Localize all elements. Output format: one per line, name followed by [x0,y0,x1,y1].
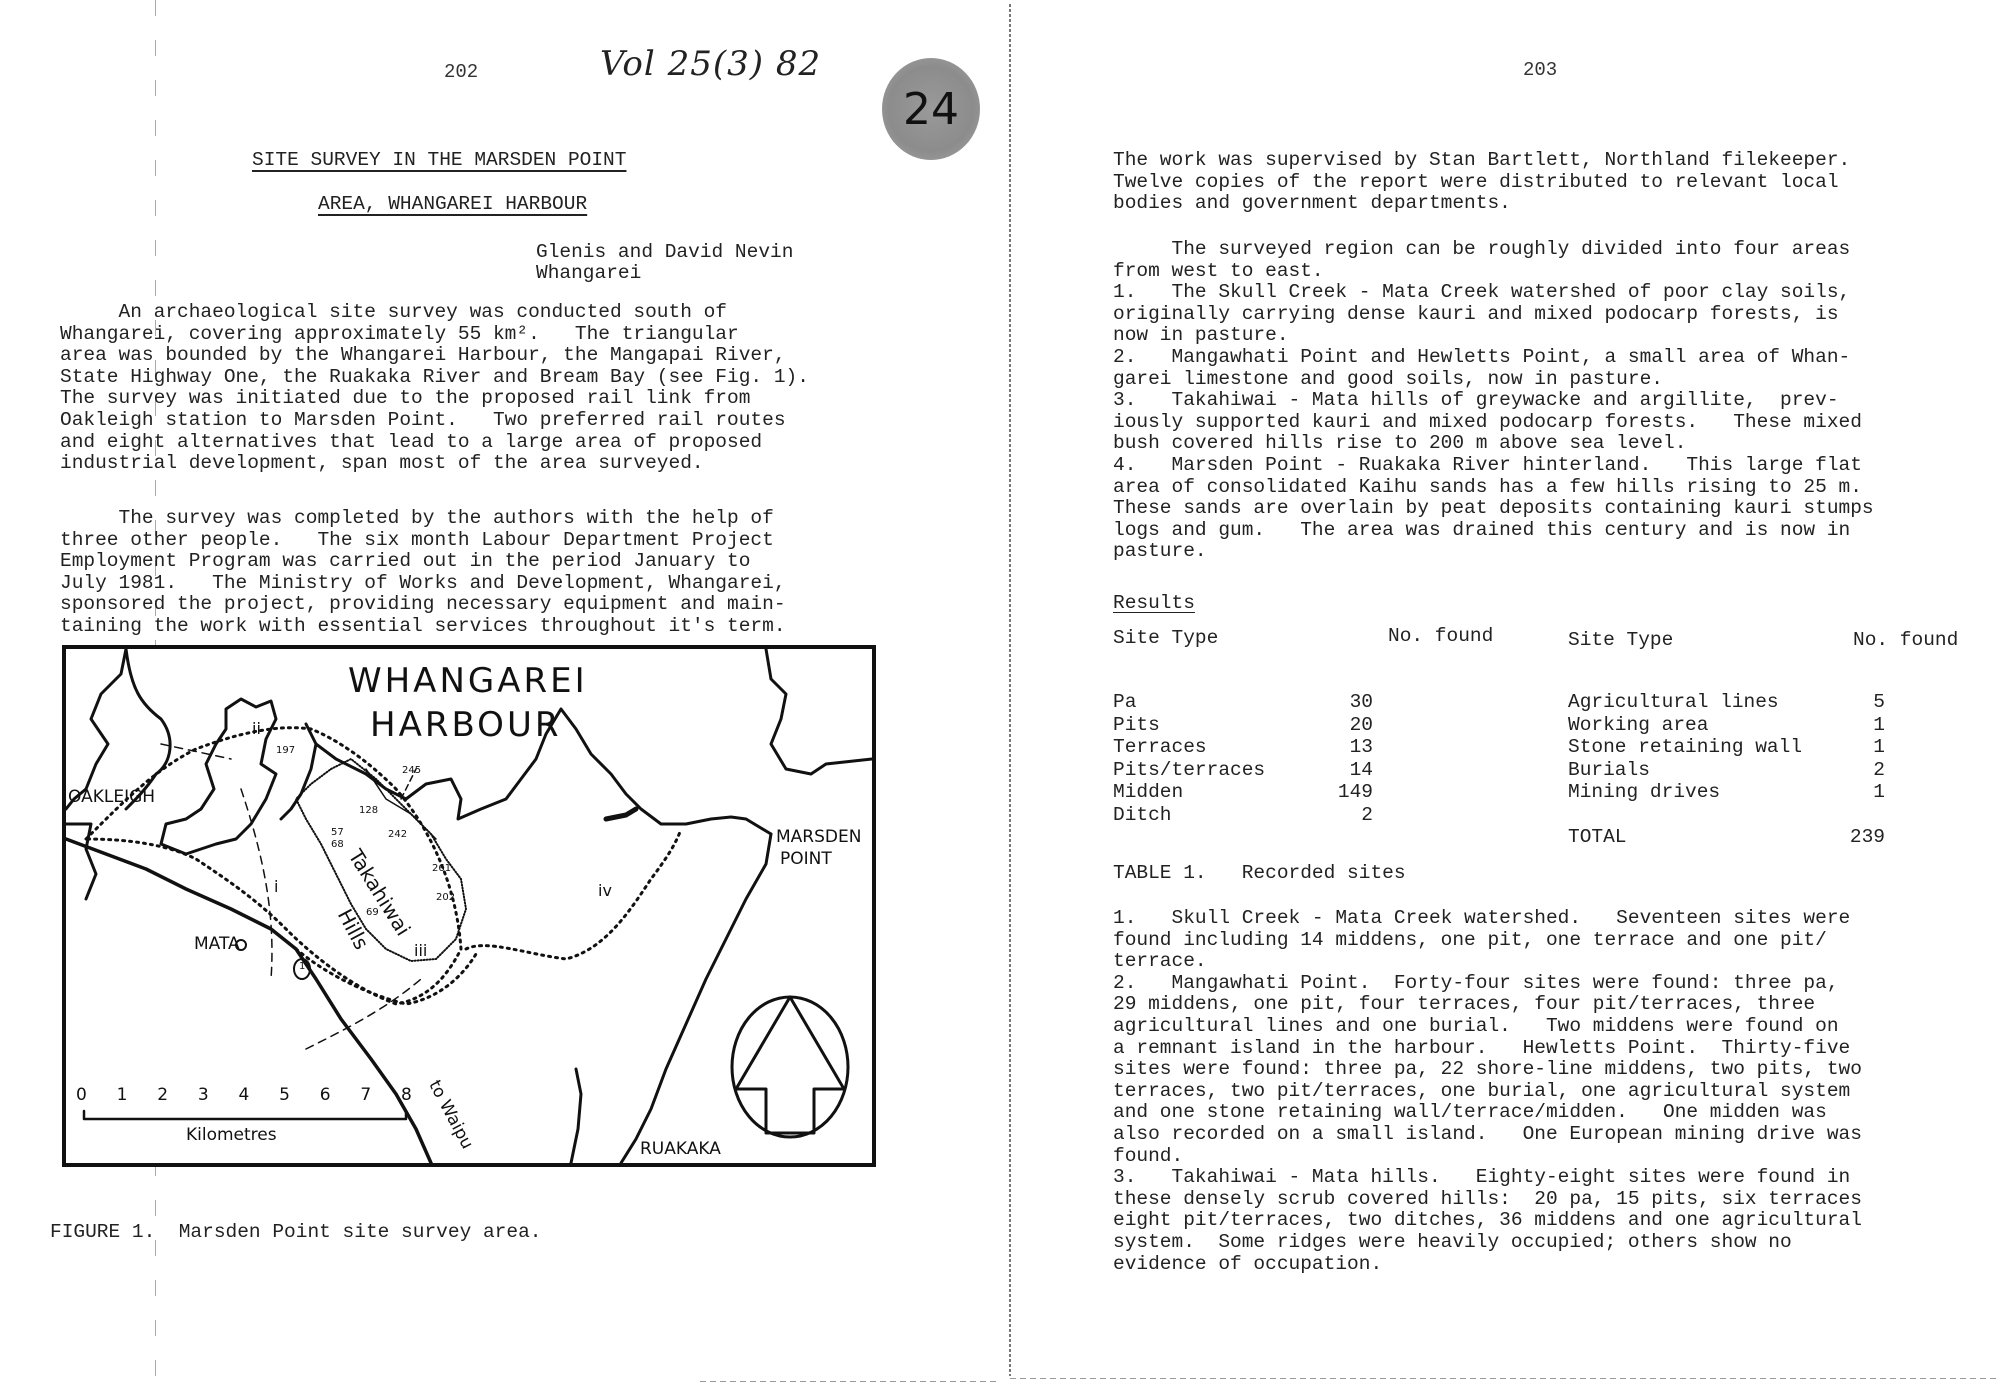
regions-line: 4. Marsden Point - Ruakaka River hinterl… [1113,455,1874,477]
article-title-line1: SITE SURVEY IN THE MARSDEN POINT [252,150,626,172]
spot-height-261: 261 [432,863,451,874]
regions-line: area of consolidated Kaihu sands has a f… [1113,477,1874,499]
regions-line: These sands are overlain by peat deposit… [1113,498,1874,520]
table-header-site-type-right: Site Type [1568,630,1673,652]
intro-line: Whangarei, covering approximately 55 km²… [60,324,809,346]
label-oakleigh: OAKLEIGH [68,787,155,807]
site-type-cell: Burials [1568,760,1650,782]
results-line: found including 14 middens, one pit, one… [1113,930,1862,952]
survey-line: Employment Program was carried out in th… [60,551,786,573]
count-cell: 1 [1825,715,1885,737]
site-type-cell: Mining drives [1568,782,1720,804]
site-type-cell: Pits/terraces [1113,760,1265,782]
site-type-cell: Pa [1113,692,1136,714]
scale-tick-label: 7 [360,1085,371,1105]
page-bottom-edge-left [700,1381,1000,1382]
count-cell: 149 [1313,782,1373,804]
author-location: Whangarei [536,263,641,285]
supervision-line: Twelve copies of the report were distrib… [1113,172,1850,194]
regions-line: now in pasture. [1113,325,1874,347]
recorded-sites-table: Site Type No. found Site Type No. found … [1113,628,1993,848]
handwritten-reference: Vol 25(3) 82 [600,44,821,84]
spot-height-68: 68 [331,839,344,850]
site-type-cell: Midden [1113,782,1183,804]
figure-caption: FIGURE 1. Marsden Point site survey area… [50,1222,541,1244]
table-header-site-type-left: Site Type [1113,628,1218,650]
results-line: terrace. [1113,951,1862,973]
intro-paragraph: An archaeological site survey was conduc… [60,302,809,475]
scale-bar-ticks: 012345678 [76,1085,421,1107]
count-cell: 2 [1825,760,1885,782]
count-cell: 20 [1313,715,1373,737]
intro-line: Oakleigh station to Marsden Point. Two p… [60,410,809,432]
results-line: and one stone retaining wall/terrace/mid… [1113,1102,1862,1124]
site-type-cell: Ditch [1113,805,1172,827]
table-total-value: 239 [1825,827,1885,849]
spot-height-197: 197 [276,745,295,756]
count-cell: 30 [1313,692,1373,714]
results-line: a remnant island in the harbour. Hewlett… [1113,1038,1862,1060]
spot-height-245: 245 [402,765,421,776]
intro-line: The survey was initiated due to the prop… [60,388,809,410]
page-bottom-edge-right [1010,1378,2000,1379]
scale-tick-label: 4 [239,1085,250,1105]
label-marsden: MARSDEN [776,827,861,847]
site-type-cell: Pits [1113,715,1160,737]
table-header-count-right: No. found [1853,630,1958,652]
page-gutter [1009,4,1011,1376]
scale-tick-label: 2 [157,1085,168,1105]
scale-tick-label: 1 [117,1085,128,1105]
site-type-cell: Working area [1568,715,1708,737]
regions-line: logs and gum. The area was drained this … [1113,520,1874,542]
results-line: evidence of occupation. [1113,1254,1862,1276]
survey-line: three other people. The six month Labour… [60,530,786,552]
survey-paragraph: The survey was completed by the authors … [60,508,786,638]
results-line: agricultural lines and one burial. Two m… [1113,1016,1862,1038]
count-cell: 5 [1825,692,1885,714]
results-line: these densely scrub covered hills: 20 pa… [1113,1189,1862,1211]
results-line: found. [1113,1146,1862,1168]
area-label-i: i [274,877,278,896]
scale-tick-label: 8 [401,1085,412,1105]
results-line: eight pit/terraces, two ditches, 36 midd… [1113,1210,1862,1232]
page-number-left: 202 [444,62,478,84]
regions-line: originally carrying dense kauri and mixe… [1113,304,1874,326]
spot-height-202: 202 [436,892,455,903]
survey-line: taining the work with essential services… [60,616,786,638]
intro-line: and eight alternatives that lead to a la… [60,432,809,454]
results-line: also recorded on a small island. One Eur… [1113,1124,1862,1146]
results-line: sites were found: three pa, 22 shore-lin… [1113,1059,1862,1081]
spot-height-57: 57 [331,827,344,838]
site-type-cell: Agricultural lines [1568,692,1779,714]
count-cell: 1 [1825,782,1885,804]
page-number-right: 203 [1523,60,1557,82]
area-label-iv: iv [598,881,612,900]
regions-line: pasture. [1113,541,1874,563]
regions-line: The surveyed region can be roughly divid… [1113,239,1874,261]
results-line: terraces, two pit/terraces, one burial, … [1113,1081,1862,1103]
survey-line: The survey was completed by the authors … [60,508,786,530]
count-cell: 1 [1825,737,1885,759]
label-mata: MATA [194,934,240,954]
results-heading: Results [1113,593,1195,615]
results-line: 2. Mangawhati Point. Forty-four sites we… [1113,973,1862,995]
area-label-iii: iii [414,941,427,960]
count-cell: 13 [1313,737,1373,759]
table-total-label: TOTAL [1568,827,1627,849]
results-line: 29 middens, one pit, four terraces, four… [1113,994,1862,1016]
scale-tick-label: 3 [198,1085,209,1105]
regions-line: 2. Mangawhati Point and Hewletts Point, … [1113,347,1874,369]
regions-line: 1. The Skull Creek - Mata Creek watershe… [1113,282,1874,304]
results-line: system. Some ridges were heavily occupie… [1113,1232,1862,1254]
scale-tick-label: 5 [279,1085,290,1105]
stamp-number: 24 [903,84,959,135]
table-header-count-left: No. found [1388,626,1493,648]
label-ruakaka: RUAKAKA [640,1139,721,1159]
table-caption: TABLE 1. Recorded sites [1113,863,1406,885]
regions-paragraph: The surveyed region can be roughly divid… [1113,239,1874,563]
label-point: POINT [780,849,832,869]
survey-line: July 1981. The Ministry of Works and Dev… [60,573,786,595]
site-type-cell: Terraces [1113,737,1207,759]
spot-height-128: 128 [359,805,378,816]
authors: Glenis and David Nevin [536,242,793,264]
map-title-line2: HARBOUR [370,705,561,745]
map-title-line1: WHANGAREI [348,661,588,701]
regions-line: from west to east. [1113,261,1874,283]
supervision-line: bodies and government departments. [1113,193,1850,215]
spot-height-242: 242 [388,829,407,840]
scale-tick-label: 0 [76,1085,87,1105]
highway-marker: 1 [299,961,305,972]
supervision-paragraph: The work was supervised by Stan Bartlett… [1113,150,1850,215]
spot-height-69: 69 [366,907,379,918]
supervision-line: The work was supervised by Stan Bartlett… [1113,150,1850,172]
regions-line: iously supported kauri and mixed podocar… [1113,412,1874,434]
survey-area-map: WHANGAREI HARBOUR OAKLEIGH MATA MARSDEN … [62,645,876,1167]
area-label-ii: ii [252,719,261,738]
article-title-line2: AREA, WHANGAREI HARBOUR [318,194,587,216]
survey-line: sponsored the project, providing necessa… [60,594,786,616]
intro-line: industrial development, span most of the… [60,453,809,475]
intro-line: area was bounded by the Whangarei Harbou… [60,345,809,367]
site-type-cell: Stone retaining wall [1568,737,1802,759]
results-line: 1. Skull Creek - Mata Creek watershed. S… [1113,908,1862,930]
intro-line: An archaeological site survey was conduc… [60,302,809,324]
regions-line: 3. Takahiwai - Mata hills of greywacke a… [1113,390,1874,412]
scale-tick-label: 6 [320,1085,331,1105]
count-cell: 2 [1313,805,1373,827]
results-paragraph: 1. Skull Creek - Mata Creek watershed. S… [1113,908,1862,1275]
scale-unit-label: Kilometres [186,1125,277,1145]
regions-line: garei limestone and good soils, now in p… [1113,369,1874,391]
intro-line: State Highway One, the Ruakaka River and… [60,367,809,389]
page-stamp: 24 [882,58,980,160]
results-line: 3. Takahiwai - Mata hills. Eighty-eight … [1113,1167,1862,1189]
count-cell: 14 [1313,760,1373,782]
regions-line: bush covered hills rise to 200 m above s… [1113,433,1874,455]
